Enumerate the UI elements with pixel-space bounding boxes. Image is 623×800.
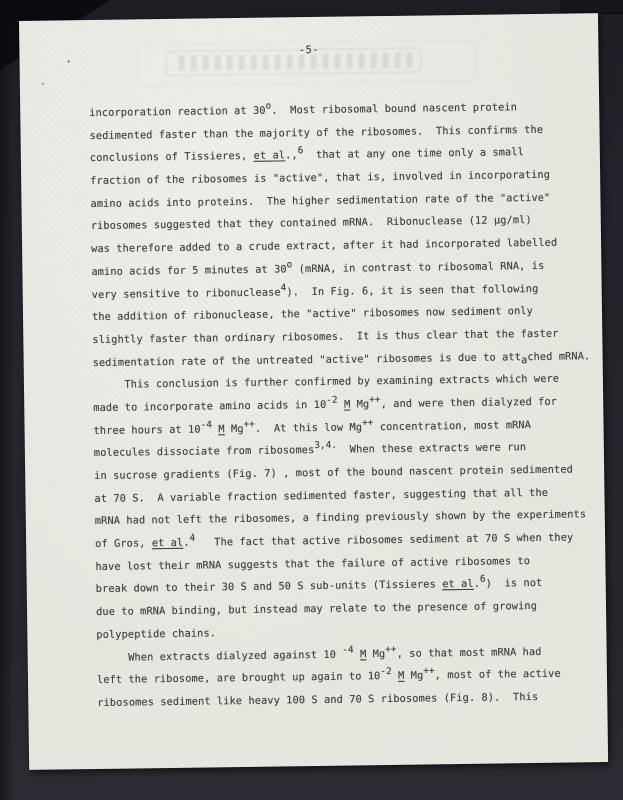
text-segment: mRNA had not left the ribosomes, a findi… — [95, 509, 586, 528]
text-segment: Mg — [350, 398, 369, 410]
text-segment: Mg — [225, 423, 244, 435]
text-segment-sup: o — [287, 259, 293, 270]
text-segment: conclusions of Tissieres, — [90, 150, 254, 164]
document-page: -5- incorporation reaction at 30o. Most … — [19, 13, 608, 770]
text-segment-u: et al — [442, 578, 474, 590]
text-segment-sup: ++ — [362, 417, 374, 428]
text-segment-sup: ++ — [243, 418, 255, 429]
text-segment: Mg — [366, 648, 385, 660]
text-segment-sub: a — [521, 354, 527, 366]
text-segment: , and were then dialyzed for — [381, 396, 558, 410]
text-segment: that at any one time only a small — [303, 147, 524, 162]
text-segment: of Gros, — [95, 537, 152, 550]
text-segment: amino acids into proteins. The higher se… — [90, 192, 550, 210]
paper-speck — [68, 60, 70, 62]
scan-background: -5- incorporation reaction at 30o. Most … — [0, 0, 623, 800]
text-segment: made to incorporate amino acids in 10 — [93, 399, 326, 414]
text-segment: ) is not — [486, 577, 543, 590]
text-segment: slightly faster than ordinary ribosomes.… — [92, 328, 558, 346]
text-segment: molecules dissociate from ribosomes — [94, 444, 315, 459]
text-segment: Mg — [404, 670, 423, 682]
text-segment-sup: 6 — [298, 146, 304, 157]
text-segment: (mRNA, in contrast to ribosomal RNA, is — [292, 260, 544, 275]
text-segment-sup: ++ — [385, 643, 397, 654]
text-segment: concentration, most mRNA — [373, 419, 531, 433]
text-segment-sup: 4 — [281, 282, 287, 293]
text-segment: have lost their mRNA suggests that the f… — [95, 555, 530, 573]
text-segment-u: et al — [152, 537, 184, 549]
text-segment: was therefore added to a crude extract, … — [91, 237, 557, 255]
text-segment: in sucrose gradients (Fig. 7) , most of … — [94, 464, 573, 483]
text-segment: ribosomes suggested that they contained … — [91, 214, 532, 232]
text-segment: ., — [285, 150, 298, 162]
text-segment: When these extracts were run — [337, 441, 526, 456]
text-segment: at 70 S. A variable fraction sedimented … — [94, 487, 548, 505]
text-segment: ched mRNA. — [527, 350, 590, 363]
text-segment-sup: -2 — [380, 666, 392, 677]
text-segment: . Most ribosomal bound nascent protein — [271, 101, 517, 116]
text-segment: incorporation reaction at 30 — [89, 105, 266, 119]
text-segment: sedimented faster than the majority of t… — [89, 124, 543, 142]
typed-text-body: incorporation reaction at 30o. Most ribo… — [89, 95, 589, 714]
text-segment: ). In Fig. 6, it is seen that following — [286, 282, 538, 297]
text-segment-sup: ++ — [369, 394, 381, 405]
scan-seam-shading — [560, 0, 623, 12]
text-segment: very sensitive to ribonuclease — [92, 286, 281, 301]
text-segment: , so that most mRNA had — [397, 645, 542, 659]
text-segment: This conclusion is further confirmed by … — [93, 373, 559, 391]
text-segment: the addition of ribonuclease, the "activ… — [92, 305, 533, 323]
text-segment: . — [183, 537, 189, 549]
text-segment: due to mRNA binding, but instead may rel… — [96, 600, 537, 618]
text-segment: polypeptide chains. — [96, 627, 216, 641]
text-segment: . At this low Mg — [255, 421, 362, 434]
text-segment-sup: 4 — [189, 533, 195, 544]
text-segment: , most of the active — [435, 668, 561, 682]
text-segment: three hours at 10 — [94, 423, 201, 436]
text-segment-sup: o — [265, 101, 271, 112]
text-segment: amino acids for 5 minutes at 30 — [91, 263, 286, 278]
text-segment-sup: -2 — [326, 395, 338, 406]
text-segment-u: et al — [254, 150, 286, 162]
text-segment-sup: -4 — [342, 644, 354, 655]
text-segment-sup: ++ — [423, 666, 435, 677]
text-segment-sup: 6 — [480, 574, 486, 585]
text-segment: ribosomes sediment like heavy 100 S and … — [97, 691, 538, 709]
scan-edge-shading — [0, 0, 14, 800]
text-segment: break down to their 30 S and 50 S sub-un… — [96, 579, 443, 596]
paper-speck — [42, 83, 44, 85]
text-segment: When extracts dialyzed against 10 — [97, 648, 343, 663]
text-segment: The fact that active ribosomes sediment … — [195, 532, 573, 549]
text-segment-sup: -4 — [201, 419, 213, 430]
text-segment-sup: 3,4. — [314, 440, 337, 451]
text-segment: left the ribosome, are brought up again … — [97, 670, 381, 686]
text-segment: fraction of the ribosomes is "active", t… — [90, 169, 550, 187]
text-segment: sedimentation rate of the untreated "act… — [93, 351, 521, 369]
